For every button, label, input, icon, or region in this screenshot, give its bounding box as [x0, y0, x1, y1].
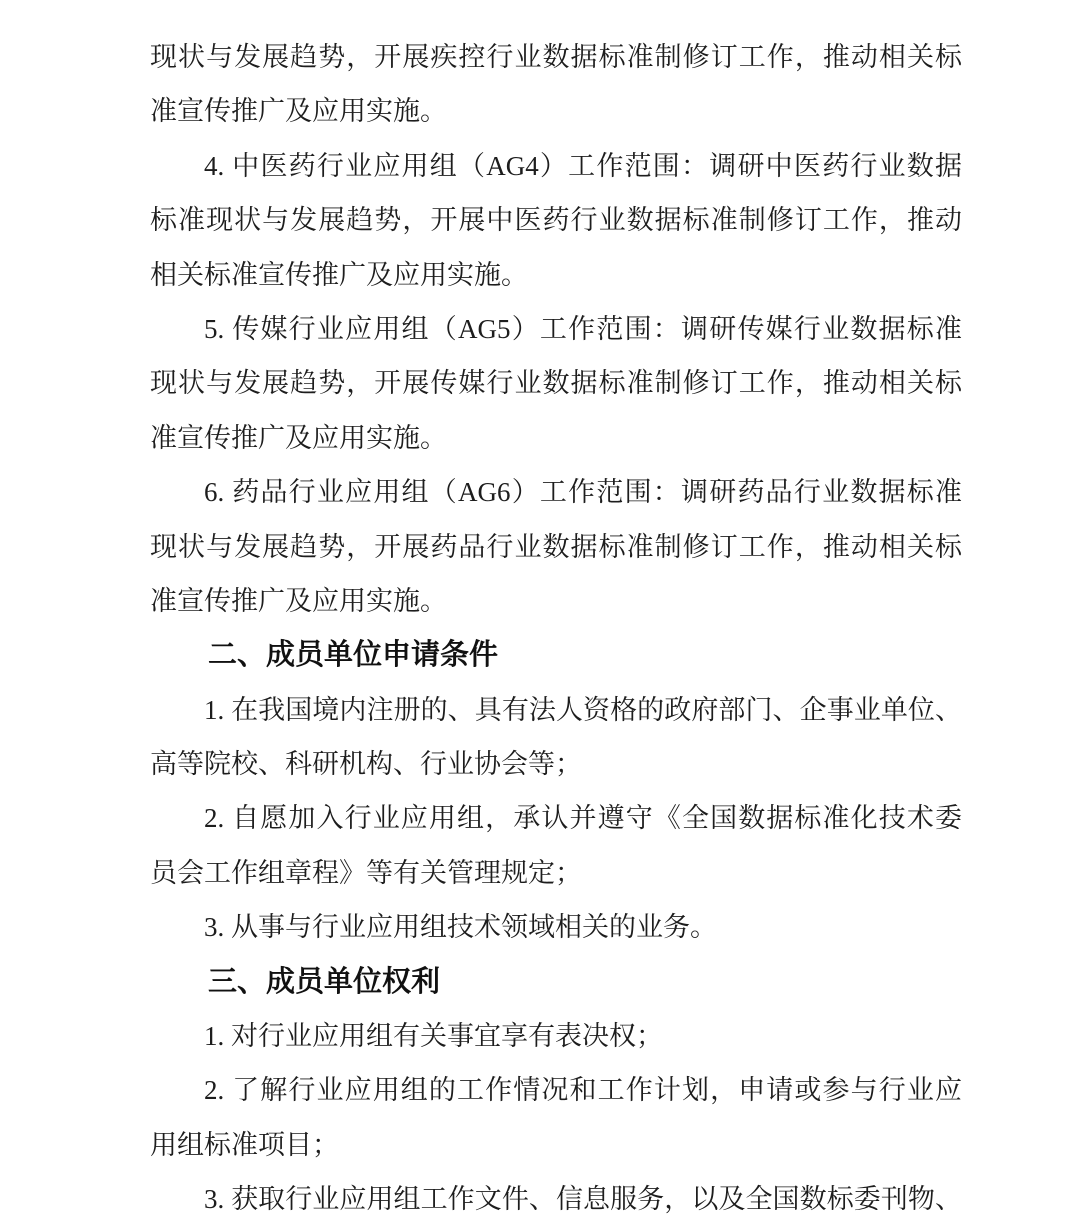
text-line: 现状与发展趋势，开展疾控行业数据标准制修订工作，推动相关标 — [150, 30, 962, 84]
text-line: 5. 传媒行业应用组（AG5）工作范围：调研传媒行业数据标准 — [150, 302, 962, 356]
text-line: 现状与发展趋势，开展传媒行业数据标准制修订工作，推动相关标 — [150, 356, 962, 410]
text-line: 3. 获取行业应用组工作文件、信息服务，以及全国数标委刊物、 — [150, 1172, 962, 1226]
text-line: 3. 从事与行业应用组技术领域相关的业务。 — [150, 900, 962, 954]
text-line: 标准现状与发展趋势，开展中医药行业数据标准制修订工作，推动 — [150, 193, 962, 247]
text-line: 2. 了解行业应用组的工作情况和工作计划，申请或参与行业应 — [150, 1063, 962, 1117]
text-line: 2. 自愿加入行业应用组，承认并遵守《全国数据标准化技术委 — [150, 791, 962, 845]
text-line: 1. 对行业应用组有关事宜享有表决权； — [150, 1009, 962, 1063]
text-line: 4. 中医药行业应用组（AG4）工作范围：调研中医药行业数据 — [150, 139, 962, 193]
text-line: 高等院校、科研机构、行业协会等； — [150, 737, 962, 791]
text-line: 员会工作组章程》等有关管理规定； — [150, 846, 962, 900]
text-line: 准宣传推广及应用实施。 — [150, 411, 962, 465]
text-line: 准宣传推广及应用实施。 — [150, 574, 962, 628]
section-heading: 二、成员单位申请条件 — [150, 628, 962, 682]
document-content: 现状与发展趋势，开展疾控行业数据标准制修订工作，推动相关标 准宣传推广及应用实施… — [0, 0, 1080, 1227]
section-heading: 三、成员单位权利 — [150, 955, 962, 1009]
document-page: 现状与发展趋势，开展疾控行业数据标准制修订工作，推动相关标 准宣传推广及应用实施… — [0, 0, 1080, 1229]
text-line: 1. 在我国境内注册的、具有法人资格的政府部门、企事业单位、 — [150, 683, 962, 737]
text-line: 准宣传推广及应用实施。 — [150, 84, 962, 138]
text-line: 6. 药品行业应用组（AG6）工作范围：调研药品行业数据标准 — [150, 465, 962, 519]
text-line: 相关标准宣传推广及应用实施。 — [150, 248, 962, 302]
text-line: 用组标准项目； — [150, 1118, 962, 1172]
text-line: 现状与发展趋势，开展药品行业数据标准制修订工作，推动相关标 — [150, 520, 962, 574]
